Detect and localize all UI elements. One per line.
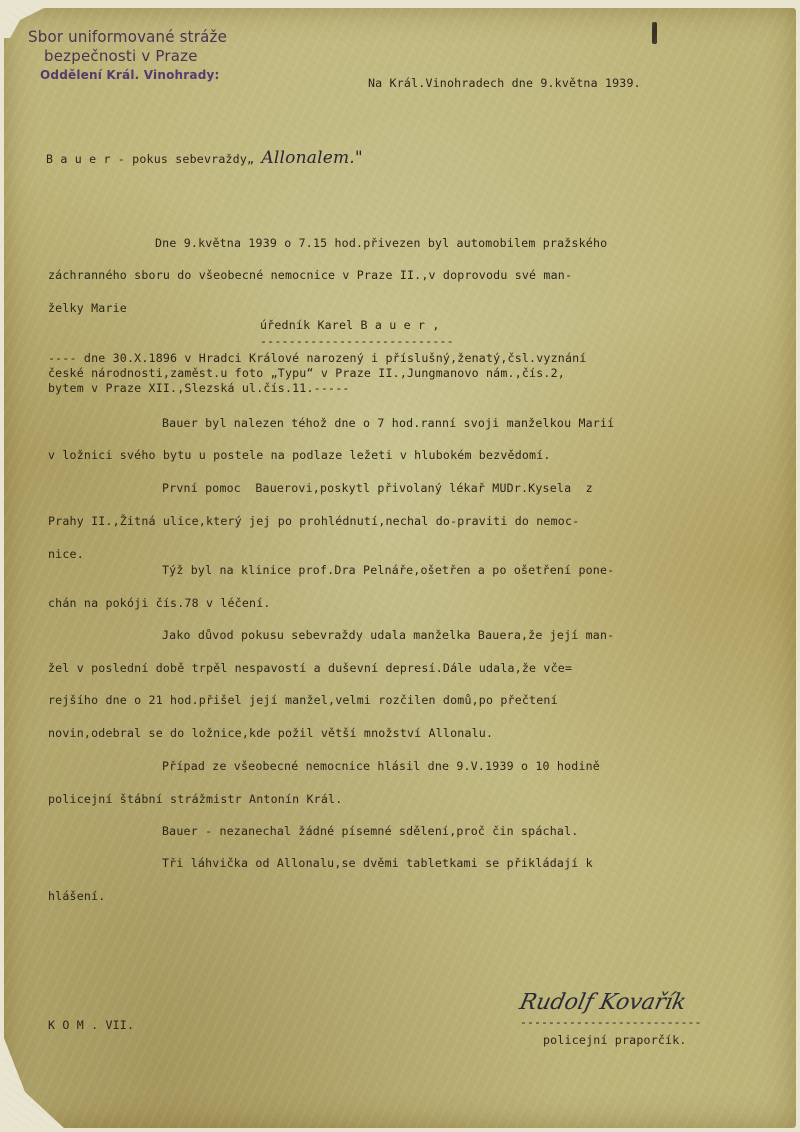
body-line: Prahy II.,Žitná ulice,který jej po prohl… <box>48 514 579 528</box>
stamp-line-2: bezpečnosti v Praze <box>28 47 227 66</box>
body-line: nice. <box>48 547 84 561</box>
place-date: Na Král.Vinohradech dne 9.května 1939. <box>368 76 641 90</box>
body-line: Tři láhvička od Allonalu,se dvěmi tablet… <box>162 856 593 870</box>
office-stamp: Sbor uniformované stráže bezpečnosti v P… <box>28 28 227 85</box>
body-line: rejšího dne o 21 hod.přišel její manžel,… <box>48 693 558 707</box>
body-line: novin,odebral se do ložnice,kde požil vě… <box>48 726 493 740</box>
folded-corner <box>4 1038 64 1128</box>
subject-typed: B a u e r - pokus sebevraždy„ <box>46 152 254 166</box>
subject-handwritten: Allonalem." <box>261 148 363 168</box>
body-line: Dne 9.května 1939 o 7.15 hod.přivezen by… <box>155 236 607 250</box>
body-line: chán na pokóji čís.78 v léčení. <box>48 596 271 610</box>
body-line: Bauer - nezanechal žádné písemné sdělení… <box>162 824 578 838</box>
ink-mark <box>652 22 657 44</box>
underline-dashes: --------------------------- <box>260 334 454 348</box>
stamp-line-1: Sbor uniformované stráže <box>28 28 227 48</box>
body-line: Případ ze všeobecné nemocnice hlásil dne… <box>162 759 600 773</box>
body-line: Jako důvod pokusu sebevraždy udala manže… <box>162 628 614 642</box>
subject-line: B a u e r - pokus sebevraždy„ Allonalem.… <box>46 148 363 168</box>
body-line: hlášení. <box>48 889 105 903</box>
body-line: Bauer byl nalezen téhož dne o 7 hod.rann… <box>162 416 614 430</box>
body-line: záchranného sboru do všeobecné nemocnice… <box>48 268 572 282</box>
body-line: české národnosti,zaměst.u foto „Typu“ v … <box>48 366 565 380</box>
body-line: První pomoc Bauerovi,poskytl přivolaný l… <box>162 481 593 495</box>
reference-code: K O M . VII. <box>48 1018 134 1032</box>
signature: Rudolf Kovařík <box>517 990 688 1015</box>
body-line: Týž byl na klinice prof.Dra Pelnáře,ošet… <box>162 563 614 577</box>
signature-line: -------------------------- <box>520 1015 701 1029</box>
body-line: policejní štábní strážmistr Antonín Král… <box>48 792 342 806</box>
person-name: úředník Karel B a u e r , <box>260 318 440 332</box>
body-line: ---- dne 30.X.1896 v Hradci Králové naro… <box>48 351 587 365</box>
body-line: želky Marie <box>48 301 127 315</box>
body-line: žel v poslední době trpěl nespavostí a d… <box>48 661 572 675</box>
body-line: bytem v Praze XII.,Slezská ul.čís.11.---… <box>48 381 350 395</box>
stamp-line-3: Oddělení Král. Vinohrady: <box>28 66 227 85</box>
body-line: v ložnici svého bytu u postele na podlaz… <box>48 448 551 462</box>
signatory-title: policejní praporčík. <box>543 1033 687 1047</box>
